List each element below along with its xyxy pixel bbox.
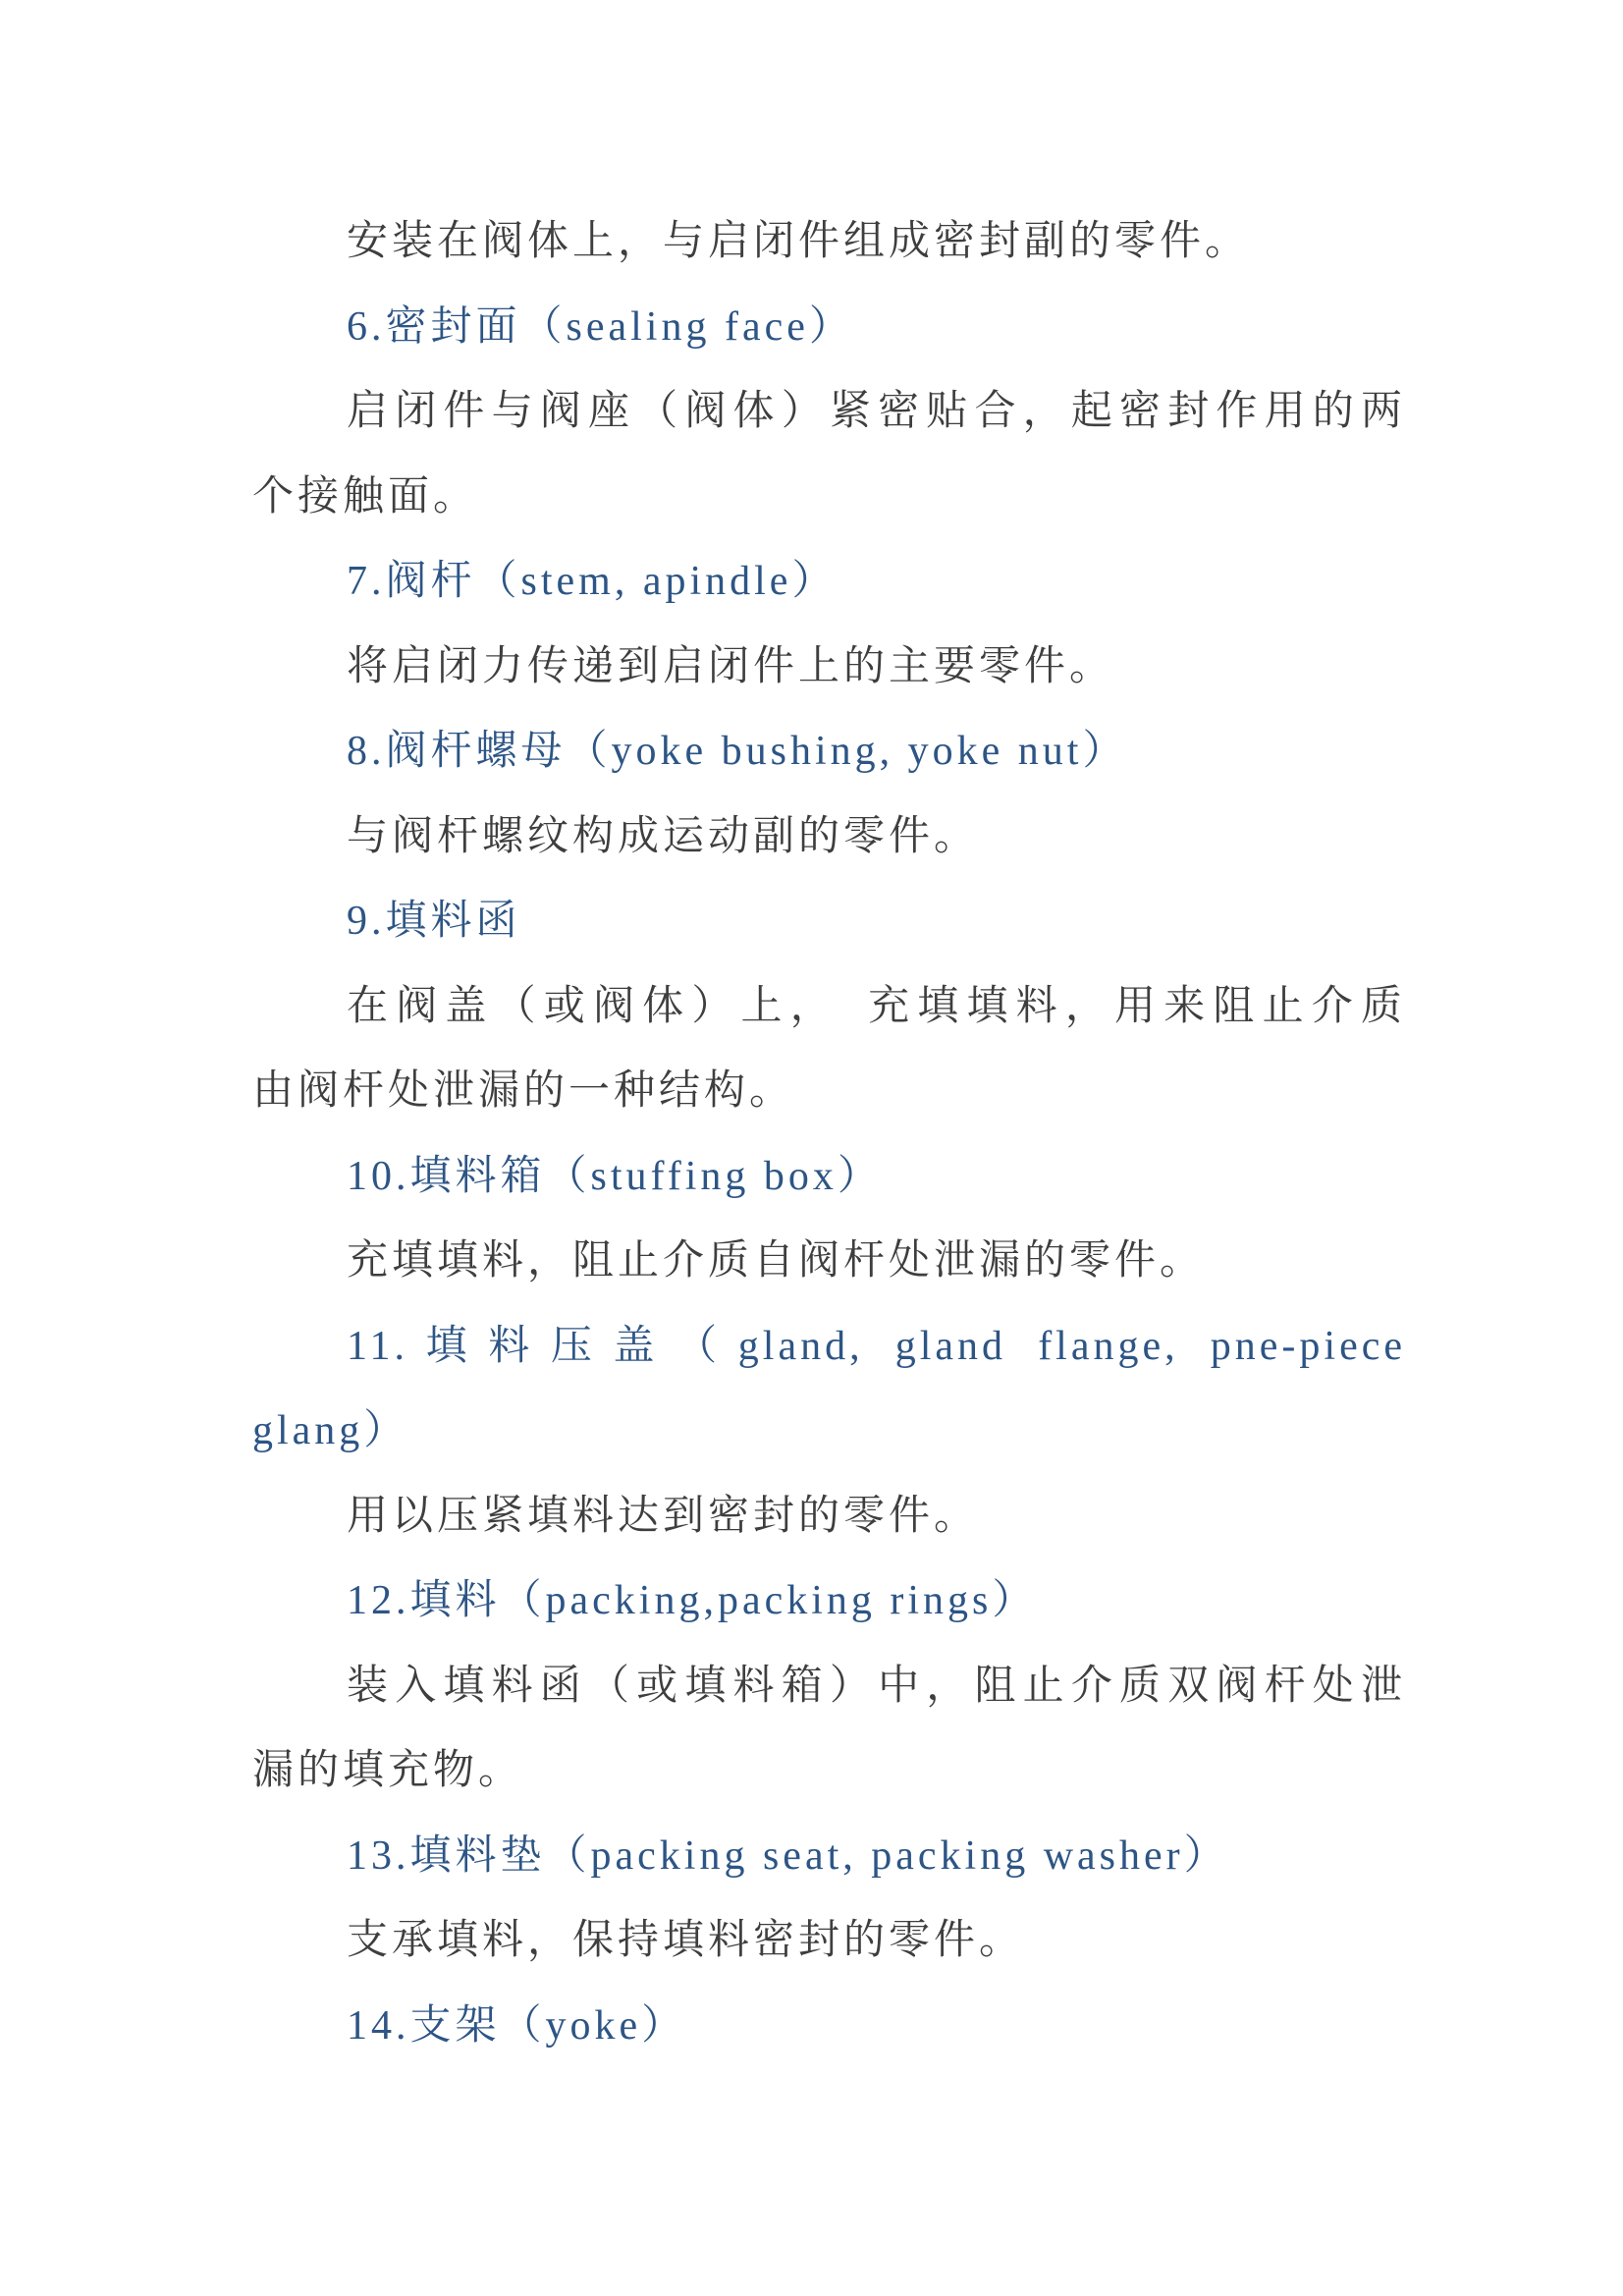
definition-text: 在阀盖（或阀体）上， 充填填料，用来阻止介质 — [252, 964, 1406, 1050]
definition-text: 由阀杆处泄漏的一种结构。 — [252, 1049, 1406, 1134]
definition-text: 安装在阀体上，与启闭件组成密封副的零件。 — [252, 199, 1406, 285]
term-heading: 11.填料压盖（gland, gland flange, pne-piece — [252, 1304, 1406, 1390]
document-page: 安装在阀体上，与启闭件组成密封副的零件。6.密封面（sealing face）启… — [0, 0, 1623, 2296]
term-heading: 13.填料垫（packing seat, packing washer） — [252, 1814, 1406, 1899]
definition-text: 用以压紧填料达到密封的零件。 — [252, 1474, 1406, 1559]
definition-text: 充填填料，阻止介质自阀杆处泄漏的零件。 — [252, 1219, 1406, 1304]
definition-text: 启闭件与阀座（阀体）紧密贴合，起密封作用的两 — [252, 369, 1406, 455]
term-heading: 12.填料（packing,packing rings） — [252, 1558, 1406, 1644]
definition-text: 将启闭力传递到启闭件上的主要零件。 — [252, 625, 1406, 710]
term-heading: 9.填料函 — [252, 879, 1406, 964]
definition-text: 漏的填充物。 — [252, 1728, 1406, 1814]
definition-text: 个接触面。 — [252, 455, 1406, 540]
definition-text: 与阀杆螺纹构成运动副的零件。 — [252, 794, 1406, 880]
term-heading: 8.阀杆螺母（yoke bushing, yoke nut） — [252, 709, 1406, 794]
glossary-text-block: 安装在阀体上，与启闭件组成密封副的零件。6.密封面（sealing face）启… — [252, 199, 1406, 2068]
term-heading: 10.填料箱（stuffing box） — [252, 1134, 1406, 1220]
term-heading: 14.支架（yoke） — [252, 1984, 1406, 2069]
term-heading: 6.密封面（sealing face） — [252, 285, 1406, 370]
term-heading: 7.阀杆（stem, apindle） — [252, 539, 1406, 625]
term-heading: glang） — [252, 1389, 1406, 1474]
definition-text: 装入填料函（或填料箱）中，阻止介质双阀杆处泄 — [252, 1644, 1406, 1729]
definition-text: 支承填料，保持填料密封的零件。 — [252, 1898, 1406, 1984]
